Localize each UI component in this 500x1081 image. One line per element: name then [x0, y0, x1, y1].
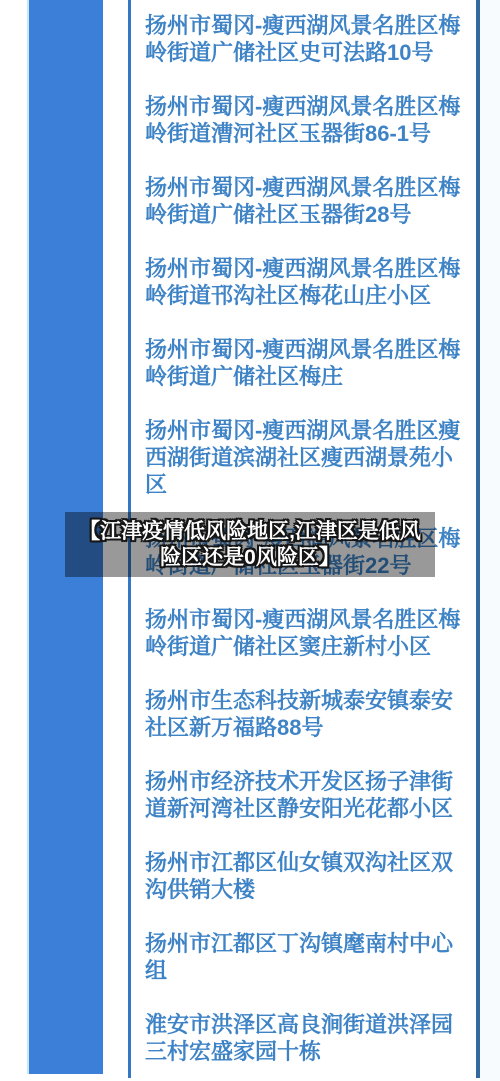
overlay-title-line-2: 险区还是0风险区】 [160, 545, 340, 571]
risk-area-item: 扬州市蜀冈-瘦西湖风景名胜区梅岭街道邗沟社区梅花山庄小区 [145, 255, 464, 309]
risk-area-item: 扬州市江都区仙女镇双沟社区双沟供销大楼 [145, 849, 464, 903]
risk-area-item: 扬州市蜀冈-瘦西湖风景名胜区梅岭街道漕河社区玉器街86-1号 [145, 93, 464, 147]
risk-area-item: 扬州市生态科技新城泰安镇泰安社区新万福路88号 [145, 687, 464, 741]
risk-area-item: 扬州市蜀冈-瘦西湖风景名胜区梅岭街道广储社区史可法路10号 [145, 12, 464, 66]
risk-area-item: 扬州市蜀冈-瘦西湖风景名胜区梅岭街道广储社区窦庄新村小区 [145, 606, 464, 660]
risk-area-item: 淮安市洪泽区高良涧街道洪泽园三村宏盛家园十栋 [145, 1011, 464, 1065]
risk-area-item: 扬州市经济技术开发区扬子津街道新河湾社区静安阳光花都小区 [145, 768, 464, 822]
risk-area-item: 扬州市江都区丁沟镇麾南村中心组 [145, 930, 464, 984]
page-root: 扬州市蜀冈-瘦西湖风景名胜区梅岭街道广储社区史可法路10号 扬州市蜀冈-瘦西湖风… [0, 0, 500, 1081]
risk-area-item: 扬州市蜀冈-瘦西湖风景名胜区瘦西湖街道滨湖社区瘦西湖景苑小区 [145, 417, 464, 498]
right-gutter [480, 0, 500, 1081]
title-overlay: 【江津疫情低风险地区,江津区是低风 险区还是0风险区】 [65, 512, 435, 577]
risk-area-item: 扬州市蜀冈-瘦西湖风景名胜区梅岭街道广储社区梅庄 [145, 336, 464, 390]
overlay-title-line-1: 【江津疫情低风险地区,江津区是低风 [79, 519, 421, 545]
risk-area-item: 扬州市蜀冈-瘦西湖风景名胜区梅岭街道广储社区玉器街28号 [145, 174, 464, 228]
